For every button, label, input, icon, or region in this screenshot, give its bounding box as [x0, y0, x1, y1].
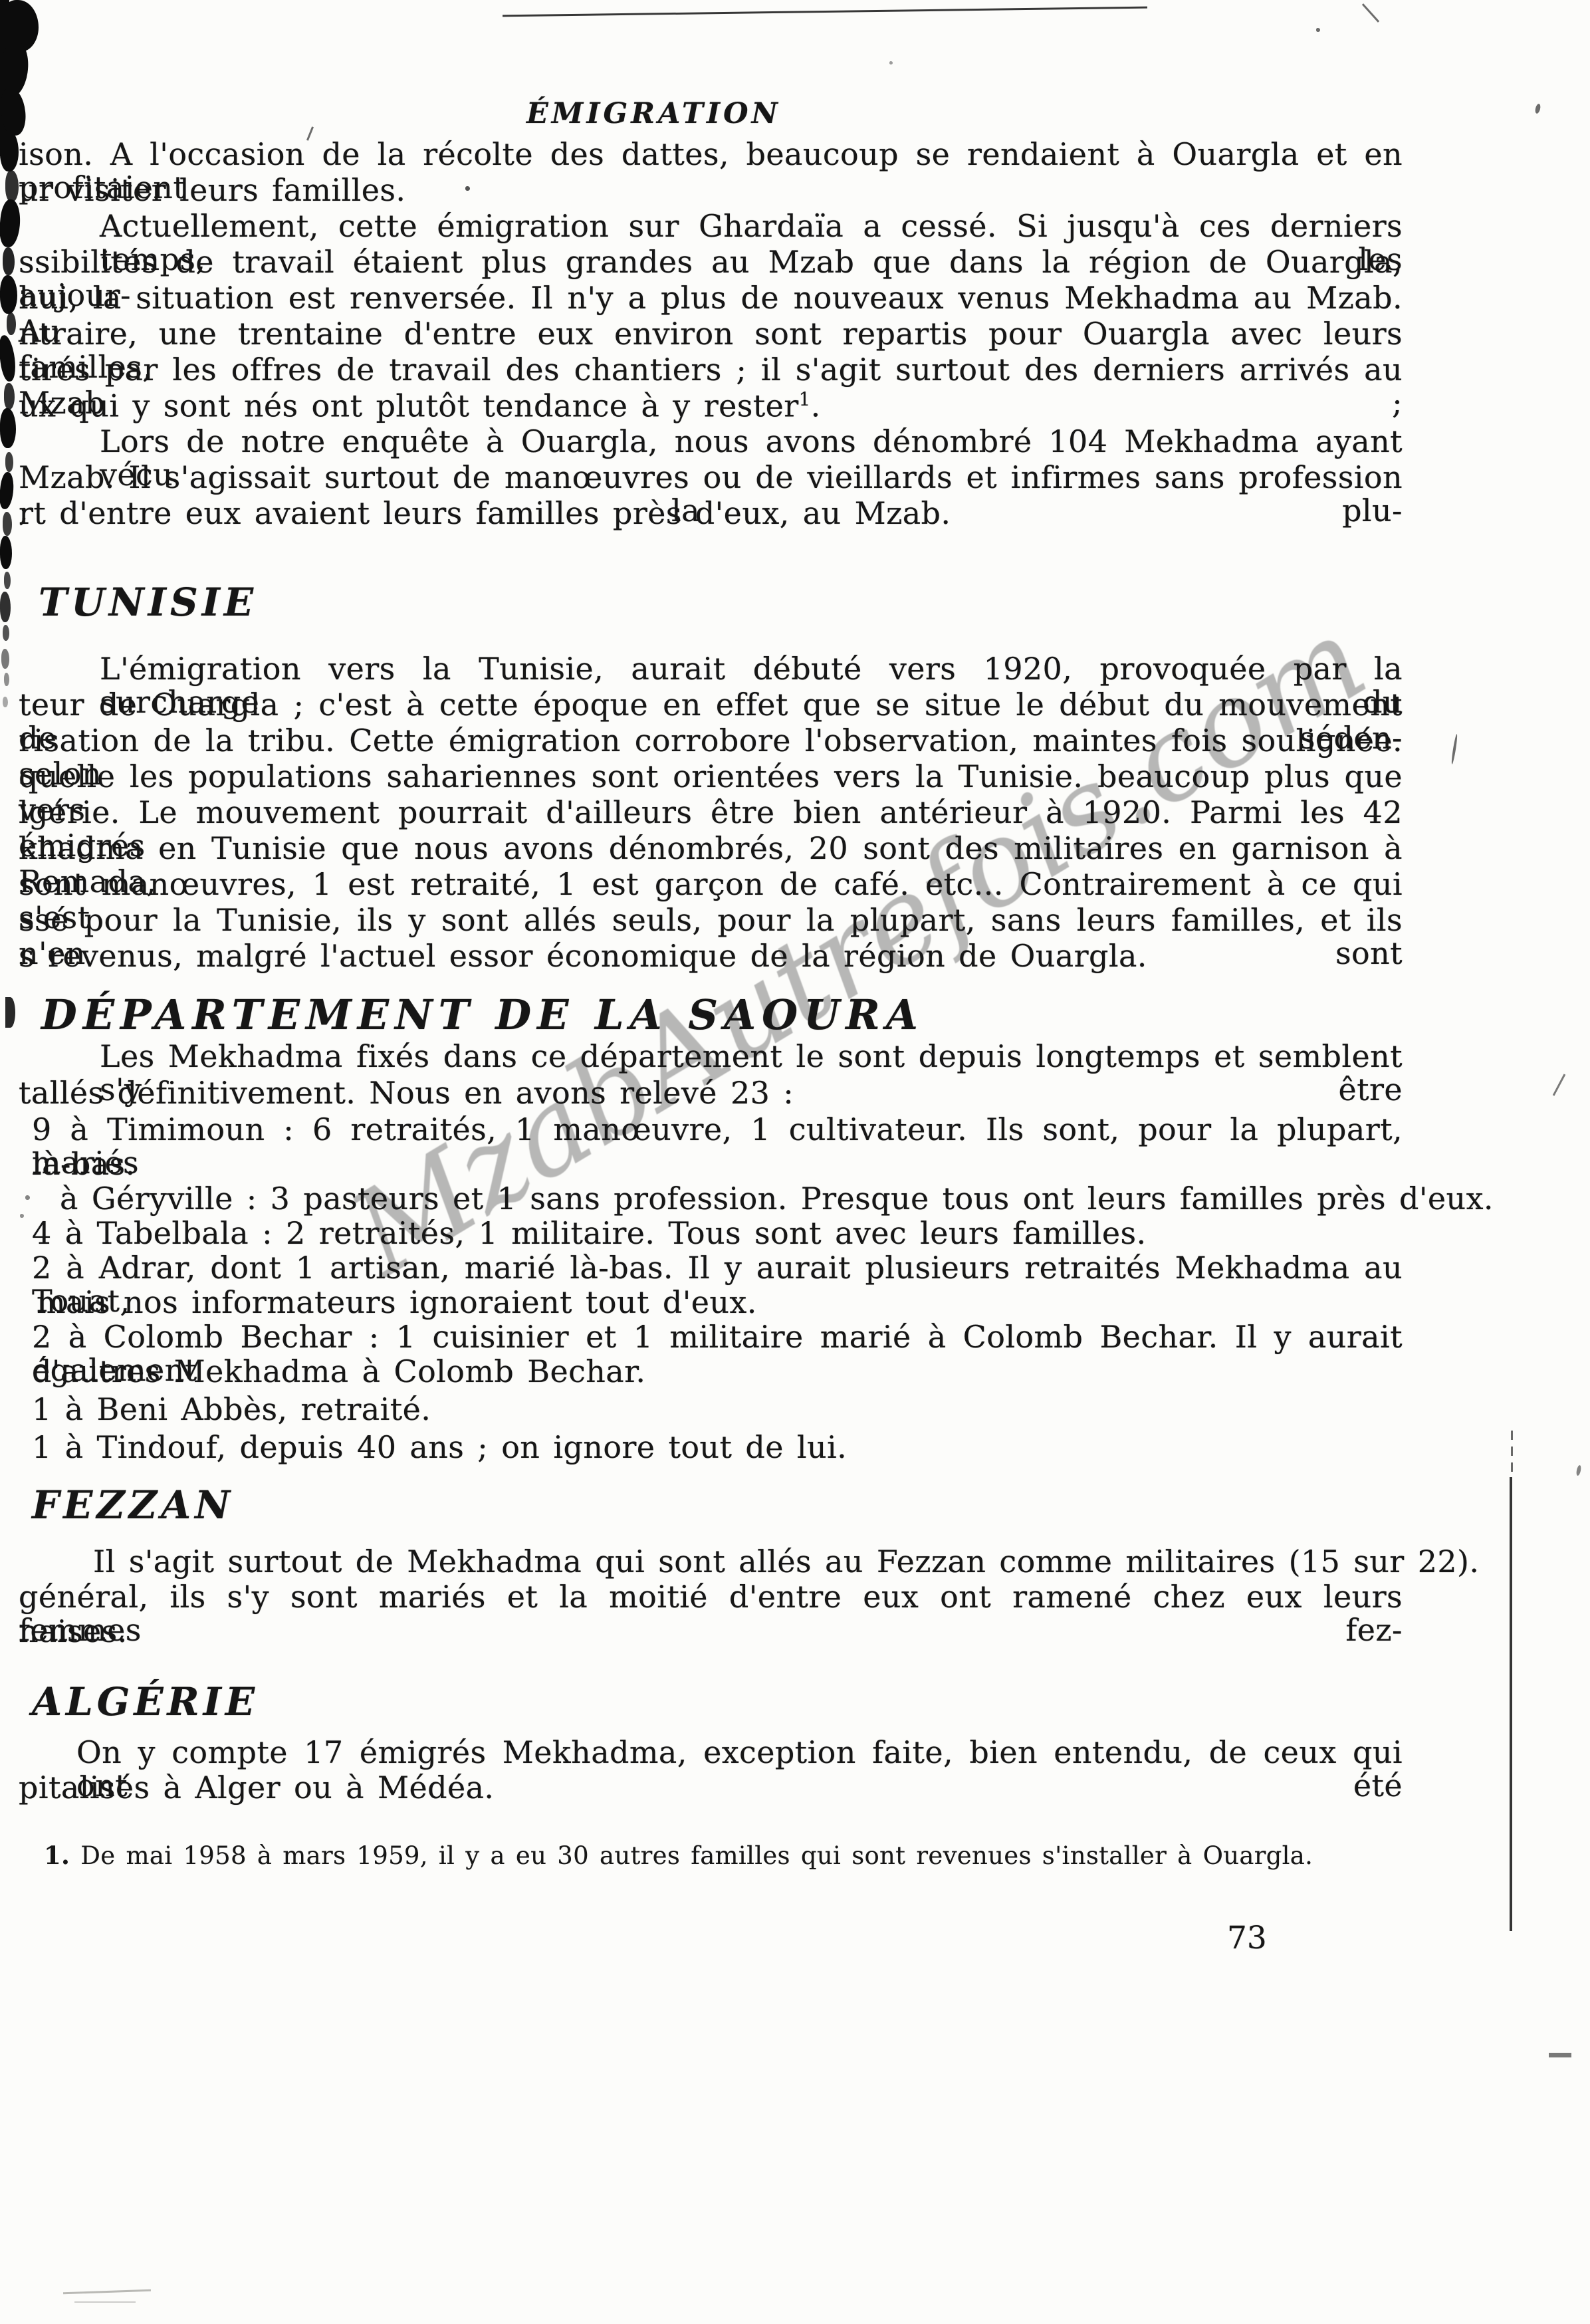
- section-heading-fezzan: FEZZAN: [32, 1482, 234, 1528]
- text-line: 1 à Tindouf, depuis 40 ans ; on ignore t…: [32, 1431, 847, 1464]
- text-line: général, ils s'y sont mariés et la moiti…: [19, 1581, 1403, 1647]
- footnote: 1. De mai 1958 à mars 1959, il y a eu 30…: [44, 1841, 1313, 1870]
- section-heading-algerie: ALGÉRIE: [32, 1679, 259, 1724]
- section-heading-tunisie: TUNISIE: [39, 580, 257, 625]
- footnote-text: De mai 1958 à mars 1959, il y a eu 30 au…: [80, 1841, 1313, 1870]
- text-line: d'autres Mekhadma à Colomb Bechar.: [32, 1355, 645, 1389]
- text-line: là-bas.: [32, 1148, 136, 1181]
- text-line: 1 à Beni Abbès, retraité.: [32, 1393, 431, 1427]
- text-line: 9 à Timimoun : 6 retraités, 1 manœuvre, …: [32, 1113, 1403, 1179]
- page-number: 73: [1227, 1920, 1267, 1956]
- text-line: pitalisés à Alger ou à Médéa.: [19, 1772, 494, 1805]
- footnote-number: 1.: [44, 1841, 70, 1870]
- text-line: mais nos informateurs ignoraient tout d'…: [37, 1286, 757, 1320]
- scan-edge-line-top: [503, 7, 1147, 17]
- scan-fold-line: [1510, 1477, 1512, 1931]
- text-line: tallés définitivement. Nous en avons rel…: [19, 1077, 794, 1110]
- text-line: à Géryville : 3 pasteurs et 1 sans profe…: [60, 1183, 1494, 1216]
- scan-cut-character: [5, 997, 15, 1028]
- text-line: 4 à Tabelbala : 2 retraités, 1 militaire…: [32, 1217, 1147, 1250]
- text-line: s revenus, malgré l'actuel essor économi…: [19, 940, 1147, 973]
- text-line: naises.: [19, 1615, 128, 1649]
- text-line: ux qui y sont nés ont plutôt tendance à …: [19, 390, 821, 423]
- text-line: Il s'agit surtout de Mekhadma qui sont a…: [93, 1546, 1479, 1579]
- section-heading-saoura: DÉPARTEMENT DE LA SAOURA: [41, 990, 924, 1039]
- footnote-marker: 1: [799, 388, 811, 410]
- scanned-book-page: MzabAutrefois.com ÉMIGRATION ison. A l'o…: [0, 0, 1590, 2324]
- text-line: rt d'entre eux avaient leurs familles pr…: [19, 497, 951, 530]
- text-line: ur visiter leurs familles.: [19, 174, 405, 207]
- scan-fold-line-dashed: [1511, 1431, 1513, 1474]
- page-running-header: ÉMIGRATION: [526, 97, 781, 130]
